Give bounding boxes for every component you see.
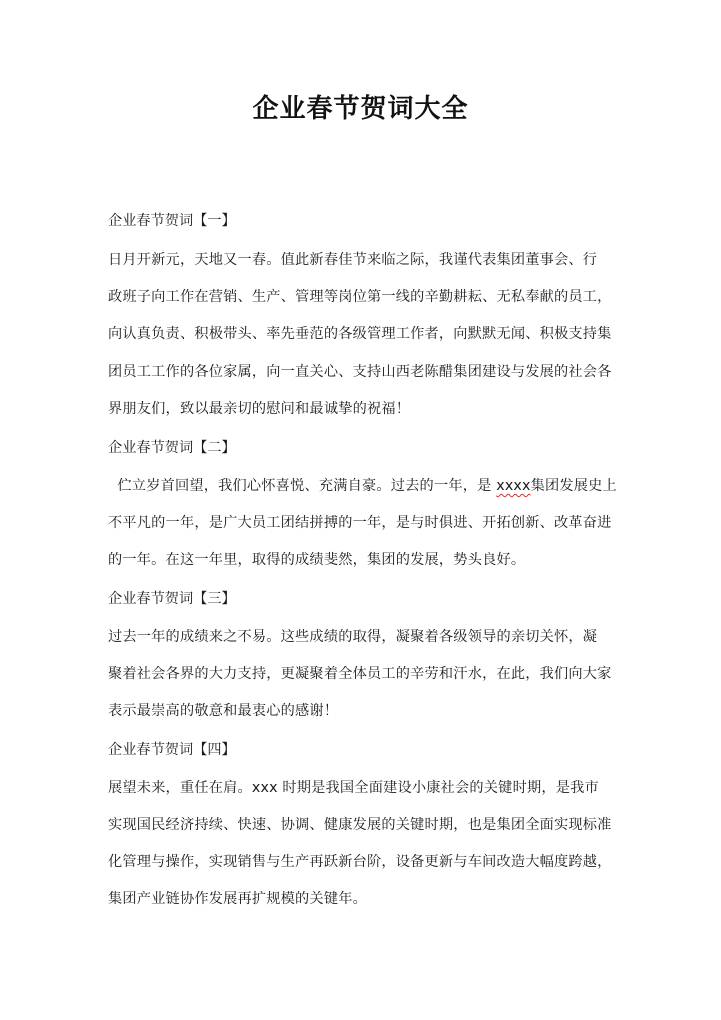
paragraph-line: 展望未来，重任在肩。xxx 时期是我国全面建设小康社会的关键时期，是我市: [108, 777, 618, 797]
section-heading-3: 企业春节贺词【三】: [108, 588, 618, 608]
document-page: 企业春节贺词大全 企业春节贺词【一】 日月开新元，天地又一春。值此新春佳节来临之…: [0, 0, 721, 1020]
paragraph-line: 的一年。在这一年里，取得的成绩斐然，集团的发展，势头良好。: [108, 549, 618, 569]
paragraph-line: 过去一年的成绩来之不易。这些成绩的取得，凝聚着各级领导的亲切关怀，凝: [108, 626, 618, 646]
paragraph-line: 伫立岁首回望，我们心怀喜悦、充满自豪。过去的一年，是 xxxx集团发展史上: [108, 475, 618, 495]
text-run: 伫立岁首回望，我们心怀喜悦、充满自豪。过去的一年，是: [108, 478, 496, 494]
section-heading-4: 企业春节贺词【四】: [108, 739, 618, 759]
paragraph-line: 团员工工作的各位家属，向一直关心、支持山西老陈醋集团建设与发展的社会各: [108, 361, 618, 381]
paragraph-line: 日月开新元，天地又一春。值此新春佳节来临之际，我谨代表集团董事会、行: [108, 249, 618, 269]
paragraph-line: 向认真负责、积极带头、率先垂范的各级管理工作者，向默默无闻、积极支持集: [108, 323, 618, 343]
paragraph-line: 不平凡的一年，是广大员工团结拼搏的一年，是与时俱进、开拓创新、改革奋进: [108, 512, 618, 532]
section-heading-1: 企业春节贺词【一】: [108, 210, 618, 230]
paragraph-line: 聚着社会各界的大力支持，更凝聚着全体员工的辛劳和汗水，在此，我们向大家: [108, 663, 618, 683]
paragraph-line: 界朋友们，致以最亲切的慰问和最诚挚的祝福！: [108, 398, 618, 418]
paragraph-line: 化管理与操作，实现销售与生产再跃新台阶，设备更新与车间改造大幅度跨越，: [108, 851, 618, 871]
document-title: 企业春节贺词大全: [0, 88, 721, 125]
spellcheck-marked-word[interactable]: xxxx: [496, 478, 530, 494]
paragraph-line: 政班子向工作在营销、生产、管理等岗位第一线的辛勤耕耘、无私奉献的员工，: [108, 286, 618, 306]
paragraph-line: 实现国民经济持续、快速、协调、健康发展的关键时期，也是集团全面实现标准: [108, 814, 618, 834]
paragraph-line: 集团产业链协作发展再扩规模的关键年。: [108, 888, 618, 908]
paragraph-line: 表示最崇高的敬意和最衷心的感谢！: [108, 700, 618, 720]
section-heading-2: 企业春节贺词【二】: [108, 437, 618, 457]
text-run: 集团发展史上: [531, 478, 617, 494]
